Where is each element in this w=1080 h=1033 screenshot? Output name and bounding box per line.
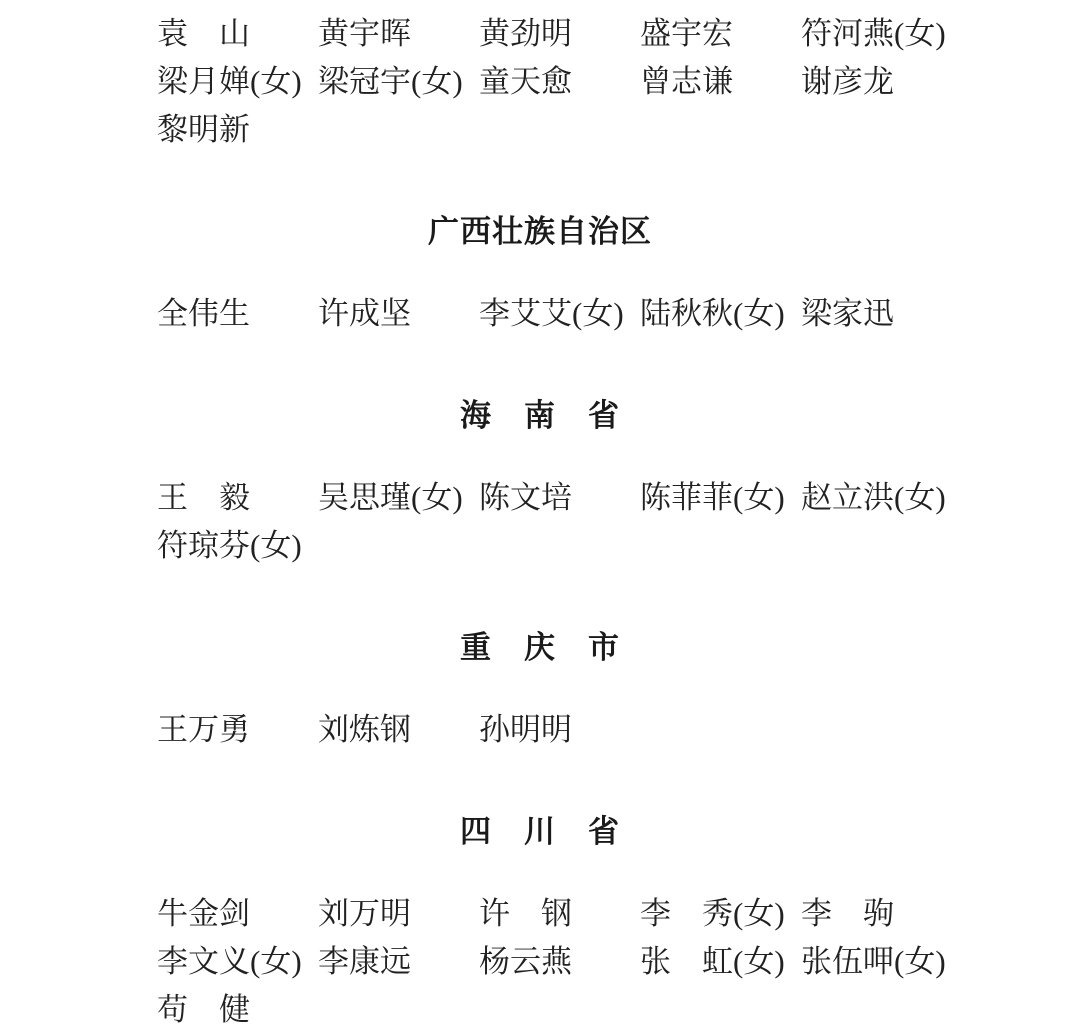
name-row: 苟 健: [157, 982, 1080, 1030]
person-name: 盛宇宏: [640, 8, 801, 53]
person-name: 王 毅: [157, 472, 318, 517]
person-name: 谢彦龙: [801, 56, 962, 101]
province-heading: 四 川 省: [0, 808, 1080, 856]
person-name: 张伍呷(女): [801, 936, 962, 981]
person-name: 童天愈: [479, 56, 640, 101]
name-row: 袁 山黄宇晖黄劲明盛宇宏符河燕(女): [157, 6, 1080, 54]
person-name: 袁 山: [157, 8, 318, 53]
name-row: 黎明新: [157, 102, 1080, 150]
person-name: 许 钢: [479, 888, 640, 933]
person-name: 牛金剑: [157, 888, 318, 933]
person-name: 曾志谦: [640, 56, 801, 101]
person-name: 李 驹: [801, 888, 962, 933]
person-name: 杨云燕: [479, 936, 640, 981]
person-name: 陆秋秋(女): [640, 288, 801, 333]
province-heading: 重 庆 市: [0, 624, 1080, 672]
person-name: 梁月婵(女): [157, 56, 318, 101]
province-section: 重 庆 市王万勇刘炼钢孙明明: [157, 624, 1080, 750]
province-section: 四 川 省牛金剑刘万明许 钢李 秀(女)李 驹李文义(女)李康远杨云燕张 虹(女…: [157, 808, 1080, 1030]
document-body: 袁 山黄宇晖黄劲明盛宇宏符河燕(女)梁月婵(女)梁冠宇(女)童天愈曾志谦谢彦龙黎…: [157, 6, 1080, 1030]
person-name: 黄劲明: [479, 8, 640, 53]
person-name: 符琼芬(女): [157, 520, 318, 565]
document-page: 袁 山黄宇晖黄劲明盛宇宏符河燕(女)梁月婵(女)梁冠宇(女)童天愈曾志谦谢彦龙黎…: [0, 0, 1080, 1030]
name-row: 全伟生许成坚李艾艾(女)陆秋秋(女)梁家迅: [157, 286, 1080, 334]
name-row: 牛金剑刘万明许 钢李 秀(女)李 驹: [157, 886, 1080, 934]
person-name: 苟 健: [157, 984, 318, 1029]
person-name: 全伟生: [157, 288, 318, 333]
person-name: 黄宇晖: [318, 8, 479, 53]
province-section: 海 南 省王 毅吴思瑾(女)陈文培陈菲菲(女)赵立洪(女)符琼芬(女): [157, 392, 1080, 566]
name-row: 王 毅吴思瑾(女)陈文培陈菲菲(女)赵立洪(女): [157, 470, 1080, 518]
person-name: 梁家迅: [801, 288, 962, 333]
province-section: 袁 山黄宇晖黄劲明盛宇宏符河燕(女)梁月婵(女)梁冠宇(女)童天愈曾志谦谢彦龙黎…: [157, 6, 1080, 150]
name-row: 王万勇刘炼钢孙明明: [157, 702, 1080, 750]
person-name: 刘万明: [318, 888, 479, 933]
name-row: 李文义(女)李康远杨云燕张 虹(女)张伍呷(女): [157, 934, 1080, 982]
person-name: 王万勇: [157, 704, 318, 749]
name-row: 梁月婵(女)梁冠宇(女)童天愈曾志谦谢彦龙: [157, 54, 1080, 102]
person-name: 刘炼钢: [318, 704, 479, 749]
person-name: 李 秀(女): [640, 888, 801, 933]
person-name: 陈文培: [479, 472, 640, 517]
person-name: 符河燕(女): [801, 8, 962, 53]
person-name: 李康远: [318, 936, 479, 981]
person-name: 赵立洪(女): [801, 472, 962, 517]
person-name: 黎明新: [157, 104, 318, 149]
name-row: 符琼芬(女): [157, 518, 1080, 566]
person-name: 陈菲菲(女): [640, 472, 801, 517]
province-section: 广西壮族自治区全伟生许成坚李艾艾(女)陆秋秋(女)梁家迅: [157, 208, 1080, 334]
province-heading: 广西壮族自治区: [0, 208, 1080, 256]
person-name: 张 虹(女): [640, 936, 801, 981]
person-name: 李文义(女): [157, 936, 318, 981]
person-name: 吴思瑾(女): [318, 472, 479, 517]
person-name: 孙明明: [479, 704, 640, 749]
province-heading: 海 南 省: [0, 392, 1080, 440]
person-name: 梁冠宇(女): [318, 56, 479, 101]
person-name: 李艾艾(女): [479, 288, 640, 333]
person-name: 许成坚: [318, 288, 479, 333]
